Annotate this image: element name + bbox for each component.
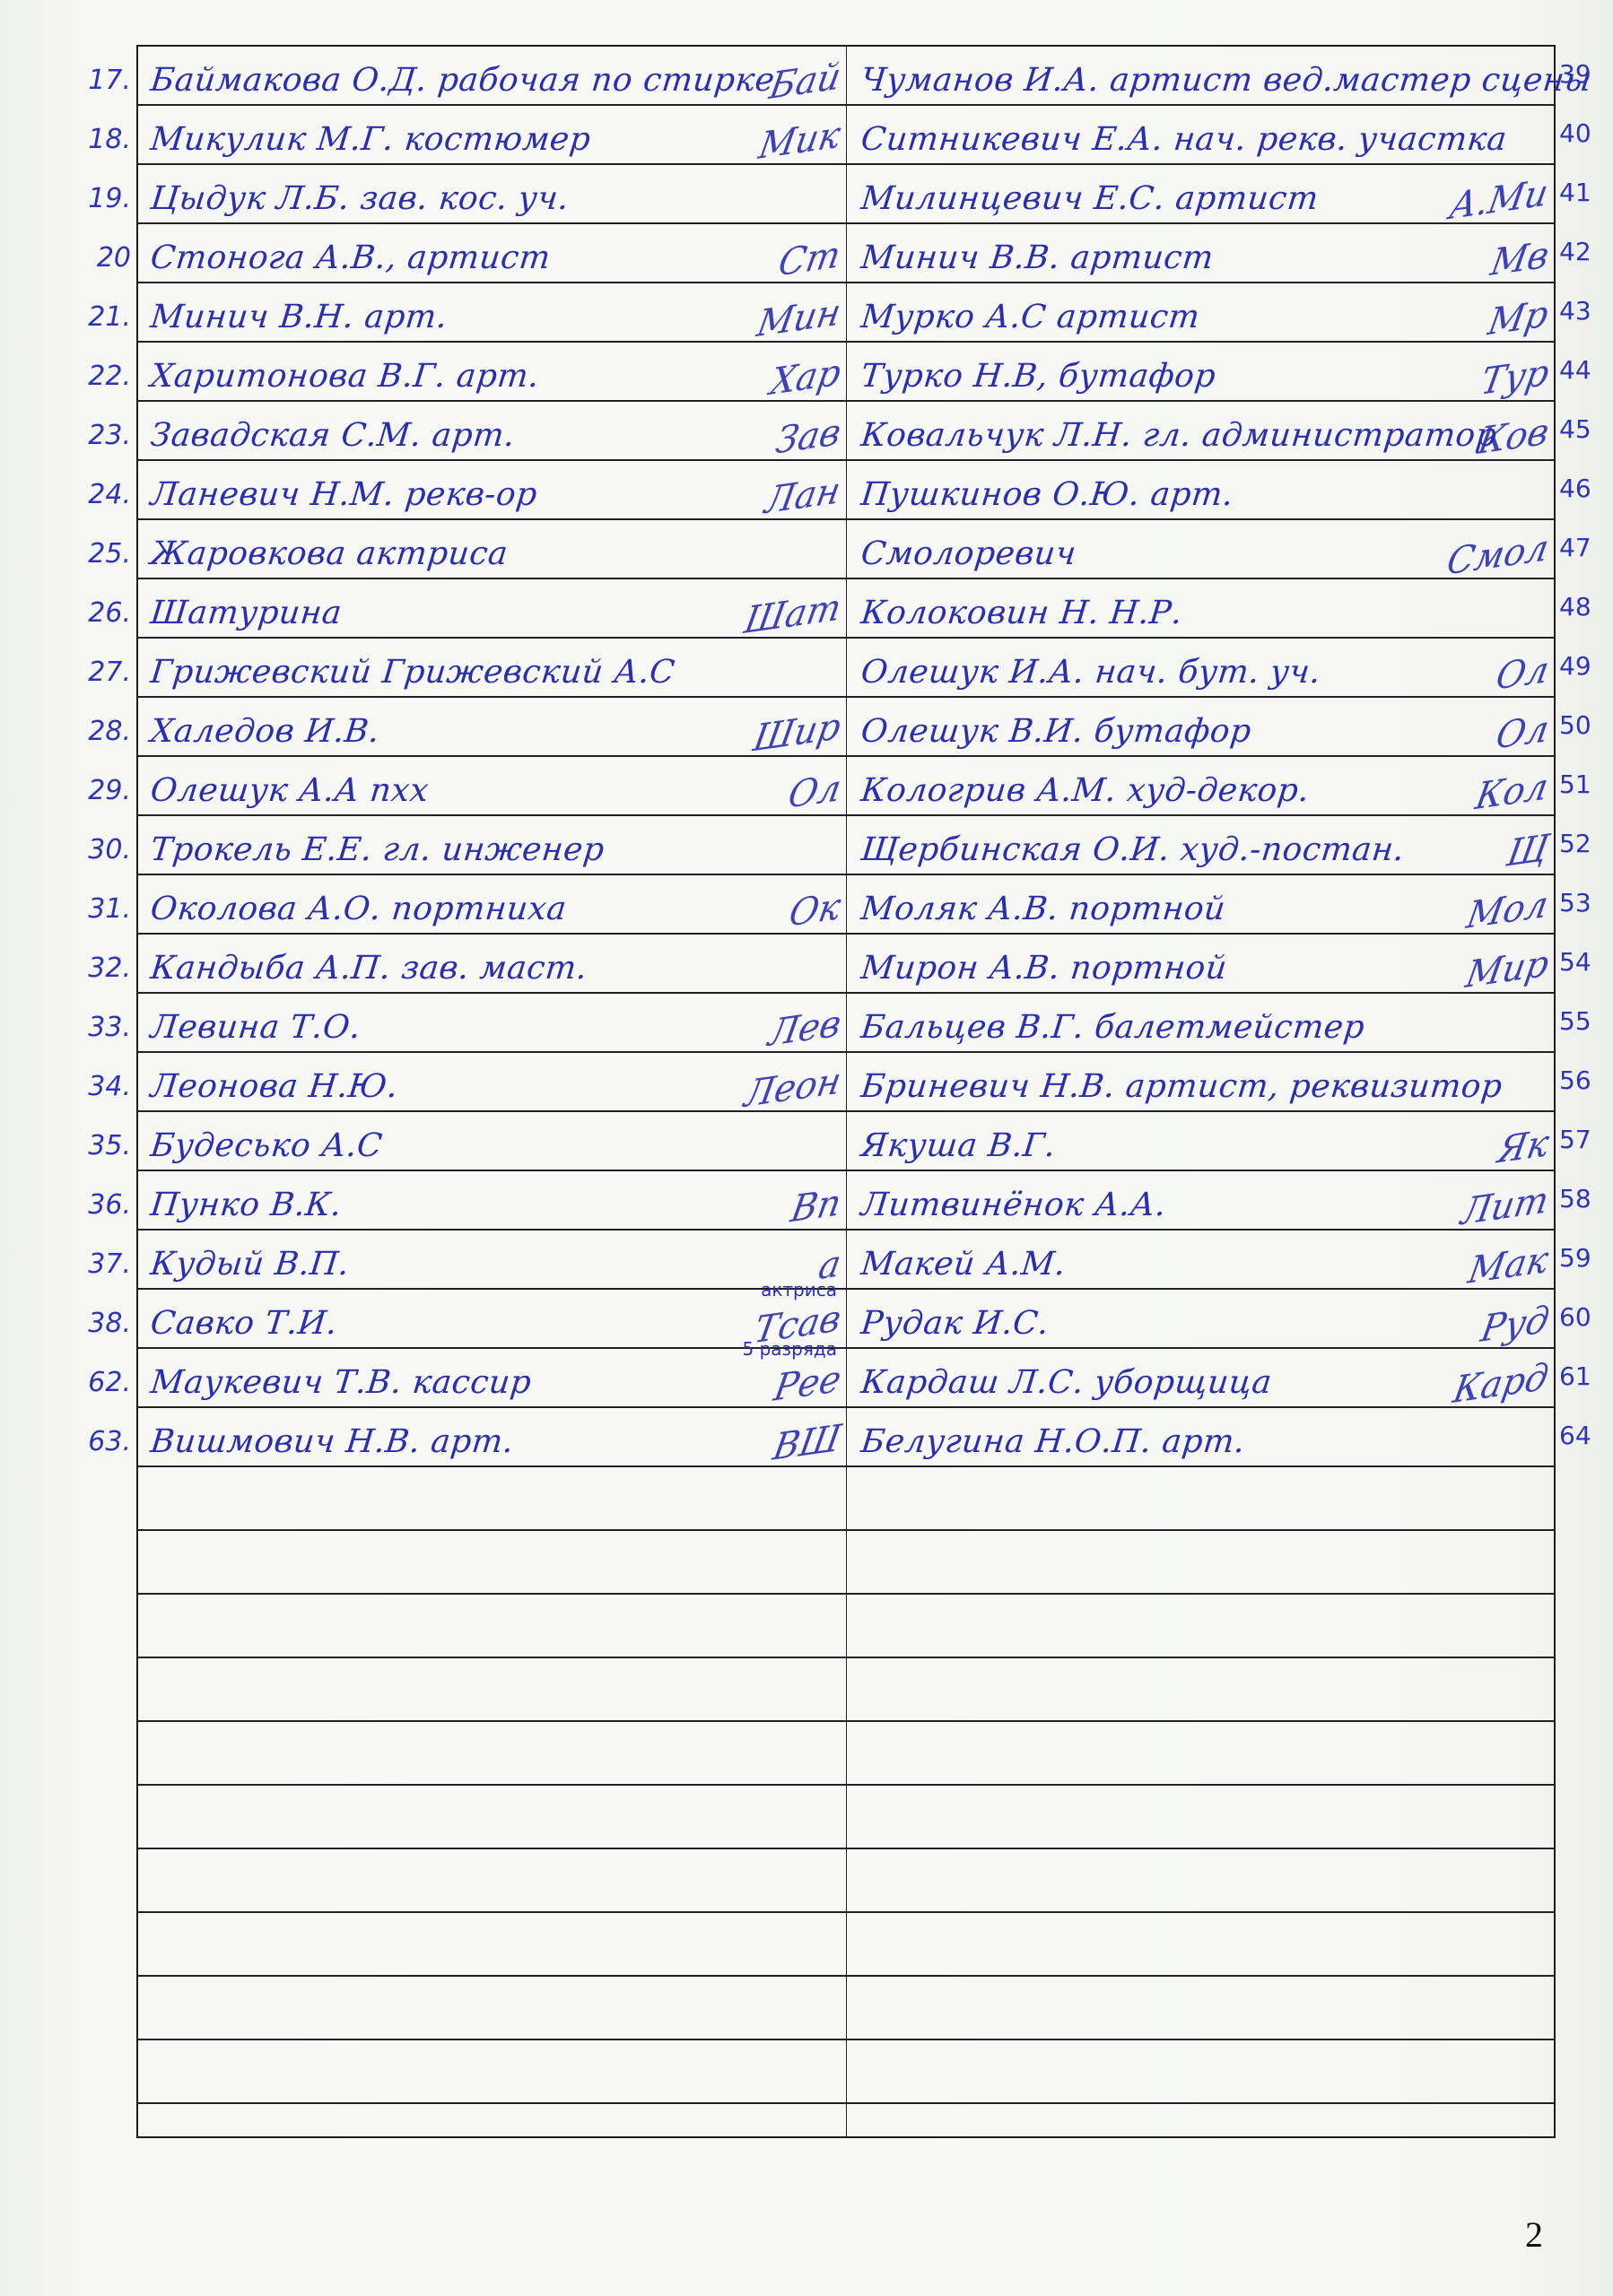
page-number: 2 xyxy=(1525,2213,1543,2256)
right-cell: Ковальчук Л.Н. гл. администраторКов xyxy=(847,402,1554,459)
right-entry-text: Белугина Н.О.П. арт. xyxy=(859,1423,1247,1460)
right-cell: Якуша В.Г.Як xyxy=(847,1112,1554,1170)
table-row: Трокель Е.Е. гл. инженерЩербинская О.И. … xyxy=(138,816,1554,875)
table-row: Будесько А.СЯкуша В.Г.Як xyxy=(138,1112,1554,1171)
left-cell xyxy=(138,1531,847,1593)
row-number: 64 xyxy=(1559,1421,1591,1450)
right-entry-text: Бальцев В.Г. балетмейстер xyxy=(859,1009,1366,1046)
signature: Кард xyxy=(1451,1356,1552,1412)
right-entry-text: Милинцевич Е.С. артист xyxy=(859,180,1321,217)
signature: Лит xyxy=(1458,1178,1552,1233)
row-number: 50 xyxy=(1559,710,1591,740)
row-number: 26. xyxy=(63,597,131,629)
right-cell: Колоковин Н. Н.Р. xyxy=(847,579,1554,637)
right-cell: Пушкинов О.Ю. арт. xyxy=(847,461,1554,518)
left-cell: Трокель Е.Е. гл. инженер xyxy=(138,816,847,874)
signature: Ол xyxy=(1493,648,1552,699)
right-entry-text: Кологрив А.М. худ-декор. xyxy=(859,772,1312,809)
annotation-note: актриса xyxy=(761,1279,837,1300)
left-cell: Минич В.Н. арт.Мин xyxy=(138,283,847,341)
signature: Смол xyxy=(1443,526,1552,583)
annotation-note: 5 разряда xyxy=(743,1338,837,1360)
row-number: 43 xyxy=(1559,296,1591,326)
right-entry-text: Чуманов И.А. артист вед.мастер сцены xyxy=(859,62,1593,99)
empty-table-row xyxy=(138,1658,1554,1722)
right-cell xyxy=(847,1722,1554,1784)
row-number: 25. xyxy=(63,538,131,570)
left-cell: Савко Т.И.Тсавактриса xyxy=(138,1290,847,1347)
right-entry-text: Мурко А.С артист xyxy=(859,299,1202,335)
table-row: Цыдук Л.Б. зав. кос. уч.Милинцевич Е.С. … xyxy=(138,165,1554,224)
empty-table-row xyxy=(138,1786,1554,1849)
row-number: 24. xyxy=(63,479,131,510)
left-entry-text: Пунко В.К. xyxy=(149,1187,344,1223)
table-row: Микулик М.Г. костюмерМикСитникевич Е.А. … xyxy=(138,106,1554,165)
right-entry-text: Рудак И.С. xyxy=(859,1305,1051,1342)
left-entry-text: Харитонова В.Г. арт. xyxy=(149,358,541,395)
table-row: Харитонова В.Г. арт.ХарТурко Н.В, бутафо… xyxy=(138,343,1554,402)
table-row: Леонова Н.Ю.ЛеонБриневич Н.В. артист, ре… xyxy=(138,1053,1554,1112)
right-cell: Турко Н.В, бутафорТур xyxy=(847,343,1554,400)
left-entry-text: Баймакова О.Д. рабочая по стирке xyxy=(149,62,777,99)
left-cell: Микулик М.Г. костюмерМик xyxy=(138,106,847,163)
table-row: Олешук А.А пххОлКологрив А.М. худ-декор.… xyxy=(138,757,1554,816)
row-number: 21. xyxy=(63,301,131,333)
right-cell xyxy=(847,1849,1554,1911)
right-cell: Олешук И.А. нач. бут. уч.Ол xyxy=(847,639,1554,696)
left-entry-text: Стонога А.В., артист xyxy=(149,239,553,276)
left-entry-text: Трокель Е.Е. гл. инженер xyxy=(149,831,606,868)
signature: Лев xyxy=(765,1003,844,1056)
left-cell: Жаровкова актриса xyxy=(138,520,847,578)
row-number: 19. xyxy=(63,183,131,214)
right-cell: Мирон А.В. портнойМир xyxy=(847,935,1554,992)
signature: А.Ми xyxy=(1447,172,1552,229)
left-cell: Ланевич Н.М. рекв-орЛан xyxy=(138,461,847,518)
right-entry-text: Якуша В.Г. xyxy=(859,1127,1058,1164)
row-number: 27. xyxy=(63,657,131,688)
left-entry-text: Микулик М.Г. костюмер xyxy=(149,121,593,158)
right-cell: Рудак И.С.Руд xyxy=(847,1290,1554,1347)
row-number: 35. xyxy=(63,1130,131,1161)
row-number: 56 xyxy=(1559,1065,1591,1095)
right-cell: Олешук В.И. бутафорОл xyxy=(847,698,1554,755)
right-cell xyxy=(847,1786,1554,1848)
row-number: 22. xyxy=(63,361,131,392)
left-cell: Кандыба А.П. зав. маст. xyxy=(138,935,847,992)
left-cell: ШатуринаШат xyxy=(138,579,847,637)
right-entry-text: Мирон А.В. портной xyxy=(859,950,1229,987)
left-cell: Будесько А.С xyxy=(138,1112,847,1170)
left-entry-text: Жаровкова актриса xyxy=(149,535,510,572)
right-cell xyxy=(847,2104,1554,2136)
right-entry-text: Олешук В.И. бутафор xyxy=(859,713,1253,750)
right-cell: Минич В.В. артистМв xyxy=(847,224,1554,282)
row-number: 62. xyxy=(63,1367,131,1398)
row-number: 32. xyxy=(63,952,131,984)
left-entry-text: Ланевич Н.М. рекв-ор xyxy=(149,476,539,513)
signature: Мир xyxy=(1462,943,1552,996)
left-cell: Левина Т.О.Лев xyxy=(138,994,847,1051)
left-cell: Стонога А.В., артистСт xyxy=(138,224,847,282)
left-entry-text: Будесько А.С xyxy=(149,1127,384,1164)
right-cell: Мурко А.С артистМр xyxy=(847,283,1554,341)
row-number: 53 xyxy=(1559,888,1591,918)
left-cell xyxy=(138,1913,847,1975)
right-entry-text: Пушкинов О.Ю. арт. xyxy=(859,476,1235,513)
left-cell xyxy=(138,1467,847,1529)
right-cell: Кардаш Л.С. уборщицаКард xyxy=(847,1349,1554,1406)
right-cell: Чуманов И.А. артист вед.мастер сцены xyxy=(847,47,1554,104)
empty-table-row xyxy=(138,2040,1554,2104)
row-number: 39 xyxy=(1559,59,1591,89)
signature: Вп xyxy=(788,1181,844,1231)
row-number: 18. xyxy=(63,124,131,155)
right-cell: Щербинская О.И. худ.-постан.Щ xyxy=(847,816,1554,874)
signature: Мин xyxy=(754,291,844,346)
empty-table-row xyxy=(138,1977,1554,2040)
empty-table-row xyxy=(138,1913,1554,1977)
right-cell xyxy=(847,1913,1554,1975)
left-cell xyxy=(138,1722,847,1784)
row-number: 40 xyxy=(1559,118,1591,148)
table-row: Халедов И.В.ШирОлешук В.И. бутафорОл xyxy=(138,698,1554,757)
right-cell xyxy=(847,1658,1554,1720)
row-number: 51 xyxy=(1559,770,1591,799)
left-cell: Харитонова В.Г. арт.Хар xyxy=(138,343,847,400)
signature: Ст xyxy=(776,233,844,284)
row-number: 60 xyxy=(1559,1302,1591,1332)
table-row: Маукевич Т.В. кассирРее5 разрядаКардаш Л… xyxy=(138,1349,1554,1408)
signature: Тур xyxy=(1478,352,1552,404)
left-cell xyxy=(138,1977,847,2039)
table-row: Левина Т.О.ЛевБальцев В.Г. балетмейстер xyxy=(138,994,1554,1053)
left-entry-text: Минич В.Н. арт. xyxy=(149,299,449,335)
right-entry-text: Макей А.М. xyxy=(859,1246,1068,1283)
signature-table: Баймакова О.Д. рабочая по стиркеБайЧуман… xyxy=(136,45,1556,2138)
row-number: 49 xyxy=(1559,651,1591,681)
right-entry-text: Колоковин Н. Н.Р. xyxy=(859,595,1184,631)
right-cell xyxy=(847,2040,1554,2102)
row-number: 20 xyxy=(63,242,131,274)
row-number: 57 xyxy=(1559,1125,1591,1154)
left-entry-text: Завадская С.М. арт. xyxy=(149,417,517,454)
empty-table-row xyxy=(138,1722,1554,1786)
row-number: 55 xyxy=(1559,1006,1591,1036)
table-row: ШатуринаШатКолоковин Н. Н.Р. xyxy=(138,579,1554,639)
row-number: 45 xyxy=(1559,414,1591,444)
signature: Щ xyxy=(1504,827,1552,875)
left-cell: Леонова Н.Ю.Леон xyxy=(138,1053,847,1110)
table-row: Стонога А.В., артистСтМинич В.В. артистМ… xyxy=(138,224,1554,283)
empty-table-row xyxy=(138,2104,1554,2136)
signature: Лан xyxy=(763,469,844,522)
left-cell xyxy=(138,1786,847,1848)
table-row: Грижевский Грижевский А.СОлешук И.А. нач… xyxy=(138,639,1554,698)
signature: Ол xyxy=(1493,708,1552,758)
left-cell xyxy=(138,1658,847,1720)
table-row: Савко Т.И.ТсавактрисаРудак И.С.Руд xyxy=(138,1290,1554,1349)
table-row: Баймакова О.Д. рабочая по стиркеБайЧуман… xyxy=(138,47,1554,106)
signature: Шат xyxy=(741,587,844,643)
signature: Кол xyxy=(1473,766,1552,819)
row-number: 23. xyxy=(63,420,131,451)
signature: Руд xyxy=(1478,1299,1552,1351)
left-cell: Грижевский Грижевский А.С xyxy=(138,639,847,696)
signature: Леон xyxy=(741,1060,844,1117)
left-cell: Околова А.О. портнихаОк xyxy=(138,875,847,933)
row-number: 17. xyxy=(63,65,131,96)
left-cell: Вишмович Н.В. арт.ВШ xyxy=(138,1408,847,1465)
right-entry-text: Ситникевич Е.А. нач. рекв. участка xyxy=(859,121,1509,158)
right-cell: Бальцев В.Г. балетмейстер xyxy=(847,994,1554,1051)
left-cell xyxy=(138,1595,847,1657)
left-cell: Халедов И.В.Шир xyxy=(138,698,847,755)
right-cell: Милинцевич Е.С. артистА.Ми xyxy=(847,165,1554,222)
row-number: 63. xyxy=(63,1426,131,1457)
left-entry-text: Шатурина xyxy=(149,595,344,631)
table-row: Пунко В.К.ВпЛитвинёнок А.А.Лит xyxy=(138,1171,1554,1231)
left-entry-text: Леонова Н.Ю. xyxy=(149,1068,400,1105)
row-number: 28. xyxy=(63,716,131,747)
left-cell xyxy=(138,1849,847,1911)
signature: Мол xyxy=(1464,883,1552,937)
right-cell xyxy=(847,1977,1554,2039)
table-row: Вишмович Н.В. арт.ВШБелугина Н.О.П. арт. xyxy=(138,1408,1554,1467)
right-cell: Белугина Н.О.П. арт. xyxy=(847,1408,1554,1465)
right-entry-text: Олешук И.А. нач. бут. уч. xyxy=(859,654,1323,691)
signature: Хар xyxy=(767,352,844,404)
left-entry-text: Левина Т.О. xyxy=(149,1009,362,1046)
row-number: 31. xyxy=(63,893,131,925)
row-number: 48 xyxy=(1559,592,1591,622)
left-entry-text: Савко Т.И. xyxy=(149,1305,339,1342)
row-number: 47 xyxy=(1559,533,1591,562)
left-entry-text: Олешук А.А пхх xyxy=(149,772,431,809)
row-number: 52 xyxy=(1559,829,1591,858)
right-entry-text: Бриневич Н.В. артист, реквизитор xyxy=(859,1068,1504,1105)
table-row: Жаровкова актрисаСмолоревичСмол xyxy=(138,520,1554,579)
left-cell: Баймакова О.Д. рабочая по стиркеБай xyxy=(138,47,847,104)
signature: Рее xyxy=(771,1358,844,1410)
left-entry-text: Маукевич Т.В. кассир xyxy=(149,1364,534,1401)
left-entry-text: Кандыба А.П. зав. маст. xyxy=(149,950,589,987)
row-number: 34. xyxy=(63,1071,131,1102)
right-cell xyxy=(847,1467,1554,1529)
row-number: 44 xyxy=(1559,355,1591,385)
left-cell: Завадская С.М. арт.Зав xyxy=(138,402,847,459)
row-number: 58 xyxy=(1559,1184,1591,1213)
row-number: 29. xyxy=(63,775,131,806)
signature: Бай xyxy=(766,56,844,109)
signature: Мак xyxy=(1466,1239,1552,1292)
signature: Шир xyxy=(750,705,843,760)
row-number: 37. xyxy=(63,1248,131,1280)
right-cell: Макей А.М.Мак xyxy=(847,1231,1554,1288)
right-entry-text: Щербинская О.И. худ.-постан. xyxy=(859,831,1407,868)
empty-table-row xyxy=(138,1531,1554,1595)
left-cell: Кудый В.П.а xyxy=(138,1231,847,1288)
left-cell: Маукевич Т.В. кассирРее5 разряда xyxy=(138,1349,847,1406)
table-row: Кандыба А.П. зав. маст.Мирон А.В. портно… xyxy=(138,935,1554,994)
left-entry-text: Кудый В.П. xyxy=(149,1246,352,1283)
right-cell: Литвинёнок А.А.Лит xyxy=(847,1171,1554,1229)
table-row: Кудый В.П.аМакей А.М.Мак xyxy=(138,1231,1554,1290)
left-entry-text: Грижевский Грижевский А.С xyxy=(149,654,677,691)
empty-table-row xyxy=(138,1467,1554,1531)
right-cell: Ситникевич Е.А. нач. рекв. участка xyxy=(847,106,1554,163)
signature: Мр xyxy=(1486,293,1552,344)
row-number: 36. xyxy=(63,1189,131,1221)
row-number: 54 xyxy=(1559,947,1591,977)
signature: Ол xyxy=(785,767,844,817)
table-row: Околова А.О. портнихаОкМоляк А.В. портно… xyxy=(138,875,1554,935)
left-cell xyxy=(138,2104,847,2136)
right-cell: Бриневич Н.В. артист, реквизитор xyxy=(847,1053,1554,1110)
signature: Ок xyxy=(786,885,844,935)
row-number: 41 xyxy=(1559,178,1591,207)
signature: Зав xyxy=(772,411,844,463)
left-entry-text: Вишмович Н.В. арт. xyxy=(149,1423,516,1460)
left-cell: Цыдук Л.Б. зав. кос. уч. xyxy=(138,165,847,222)
left-cell xyxy=(138,2040,847,2102)
left-cell: Пунко В.К.Вп xyxy=(138,1171,847,1229)
signature: Мв xyxy=(1487,234,1552,285)
signature: Як xyxy=(1495,1122,1552,1171)
row-number: 61 xyxy=(1559,1361,1591,1391)
row-number: 30. xyxy=(63,834,131,865)
table-row: Ланевич Н.М. рекв-орЛанПушкинов О.Ю. арт… xyxy=(138,461,1554,520)
right-entry-text: Литвинёнок А.А. xyxy=(859,1187,1168,1223)
right-cell xyxy=(847,1595,1554,1657)
empty-table-row xyxy=(138,1849,1554,1913)
row-number: 59 xyxy=(1559,1243,1591,1273)
right-entry-text: Смолоревич xyxy=(859,535,1078,572)
row-number: 46 xyxy=(1559,474,1591,503)
row-number: 33. xyxy=(63,1012,131,1043)
left-entry-text: Цыдук Л.Б. зав. кос. уч. xyxy=(149,180,571,217)
table-row: Минич В.Н. арт.МинМурко А.С артистМр xyxy=(138,283,1554,343)
empty-table-row xyxy=(138,1595,1554,1658)
table-row: Завадская С.М. арт.ЗавКовальчук Л.Н. гл.… xyxy=(138,402,1554,461)
right-cell: Кологрив А.М. худ-декор.Кол xyxy=(847,757,1554,814)
row-number: 38. xyxy=(63,1308,131,1339)
right-entry-text: Турко Н.В, бутафор xyxy=(859,358,1217,395)
signature: ВШ xyxy=(770,1417,844,1469)
right-entry-text: Кардаш Л.С. уборщица xyxy=(859,1364,1274,1401)
row-number: 42 xyxy=(1559,237,1591,266)
left-entry-text: Халедов И.В. xyxy=(149,713,381,750)
right-cell: СмолоревичСмол xyxy=(847,520,1554,578)
signature: Мик xyxy=(756,114,844,168)
right-entry-text: Минич В.В. артист xyxy=(859,239,1216,276)
left-cell: Олешук А.А пххОл xyxy=(138,757,847,814)
left-entry-text: Околова А.О. портниха xyxy=(149,891,569,927)
right-entry-text: Моляк А.В. портной xyxy=(859,891,1227,927)
right-cell xyxy=(847,1531,1554,1593)
right-entry-text: Ковальчук Л.Н. гл. администратор xyxy=(859,417,1499,454)
right-cell: Моляк А.В. портнойМол xyxy=(847,875,1554,933)
